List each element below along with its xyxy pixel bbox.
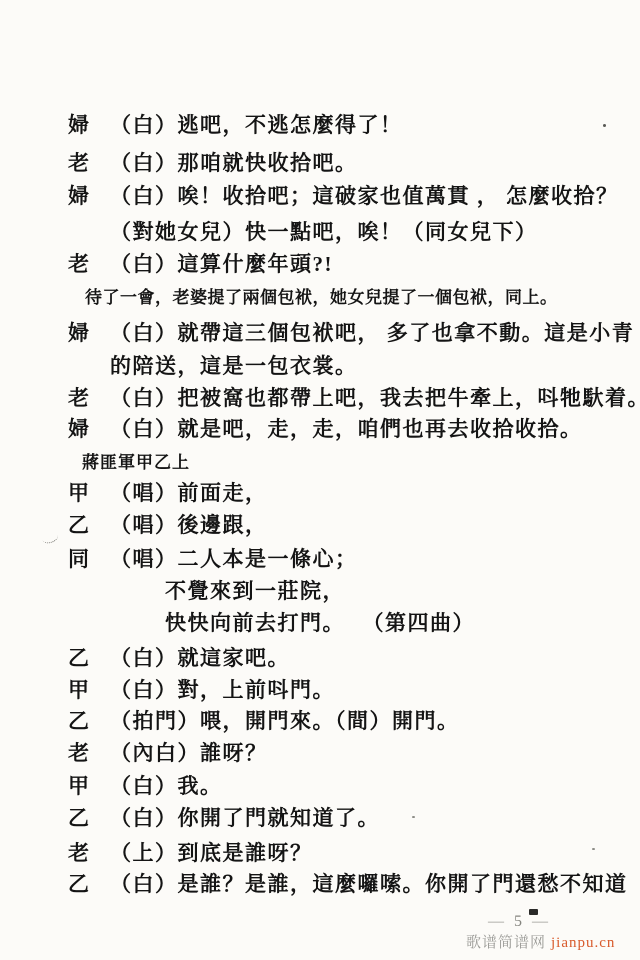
line-text: （唱）後邊跟，	[110, 512, 268, 538]
line-text: （白）那咱就快收拾吧。	[110, 150, 358, 176]
line-text: （白）你開了門就知道了。	[110, 805, 380, 831]
line-text: （白）這算什麼年頭?!	[110, 251, 333, 277]
watermark-site-name: 歌谱简谱网	[466, 935, 546, 951]
line-text: 不覺來到一莊院，	[165, 579, 345, 603]
script-line: 婦 （白）就是吧，走，走，咱們也再去收拾收拾。	[68, 416, 583, 442]
stage-direction: 蔣匪軍甲乙上	[82, 452, 190, 473]
script-line: 婦 （白）逃吧，不逃怎麼得了！	[68, 112, 403, 138]
script-line: 同 （唱）二人本是一條心；	[68, 546, 358, 572]
scanned-script-page: 婦 （白）逃吧，不逃怎麼得了！ 老 （白）那咱就快收拾吧。 婦 （白）唉！收拾吧…	[0, 0, 640, 960]
ink-speck	[592, 848, 595, 850]
speaker-label: 老	[68, 150, 110, 176]
speaker-label: 同	[68, 546, 110, 572]
ink-speck	[412, 816, 415, 818]
script-line: 甲 （白）對，上前呌門。	[68, 677, 335, 703]
line-text: （白）對，上前呌門。	[110, 677, 335, 703]
speaker-label: 老	[68, 840, 110, 866]
script-line: 乙 （唱）後邊跟，	[68, 512, 268, 538]
line-text: （白）就帶這三個包袱吧， 多了也拿不動。這是小青	[110, 320, 634, 346]
speaker-label: 乙	[68, 871, 110, 897]
line-text: （唱）二人本是一條心；	[110, 546, 358, 572]
pen-mark	[41, 530, 60, 545]
speaker-label: 乙	[68, 512, 110, 538]
line-text: （白）唉！收拾吧；這破家也值萬貫 ， 怎麼收拾？	[110, 183, 619, 209]
script-line: 乙 （拍門）喂，開門來。（間）開門。	[68, 708, 460, 734]
line-text: （白）我。	[110, 773, 223, 799]
speaker-label: 乙	[68, 805, 110, 831]
speaker-label: 甲	[68, 773, 110, 799]
script-line: 老 （上）到底是誰呀？	[68, 840, 313, 866]
speaker-label: 婦	[68, 112, 110, 138]
script-line: 婦 （白）就帶這三個包袱吧， 多了也拿不動。這是小青	[68, 320, 634, 346]
ink-speck	[603, 124, 606, 127]
line-text: （白）是誰？是誰，這麼囉嗦。你開了門還愁不知道	[110, 871, 628, 897]
page-number-right-dash: —	[532, 913, 550, 930]
line-text: 的陪送，這是一包衣裳。	[110, 354, 358, 378]
line-text: （內白）誰呀？	[110, 740, 268, 766]
line-text: （白）就是吧，走，走，咱們也再去收拾收拾。	[110, 416, 583, 442]
line-text: （上）到底是誰呀？	[110, 840, 313, 866]
line-text: （唱）前面走，	[110, 480, 268, 506]
script-line: 乙 （白）是誰？是誰，這麼囉嗦。你開了門還愁不知道	[68, 871, 628, 897]
script-line: 乙 （白）就這家吧。	[68, 645, 290, 671]
script-line: 老 （白）這算什麼年頭?!	[68, 251, 333, 277]
tune-number-note: （第四曲）	[373, 611, 475, 635]
script-line: 老 （白）把被窩也都帶上吧，我去把牛牽上，呌牠馱着。	[68, 385, 640, 411]
speaker-label: 甲	[68, 677, 110, 703]
speaker-label: 老	[68, 740, 110, 766]
ink-smudge	[529, 909, 538, 915]
speaker-label: 乙	[68, 645, 110, 671]
stage-direction: 待了一會，老婆提了兩個包袱，她女兒提了一個包袱，同上。	[85, 287, 558, 308]
line-text: （拍門）喂，開門來。（間）開門。	[110, 708, 460, 734]
speaker-label: 甲	[68, 480, 110, 506]
script-line: 甲 （唱）前面走，	[68, 480, 268, 506]
page-number-left-dash: —	[488, 913, 506, 930]
script-line: 老 （白）那咱就快收拾吧。	[68, 150, 358, 176]
script-line: 乙 （白）你開了門就知道了。	[68, 805, 380, 831]
verse-line: 快快向前去打門。（第四曲）	[165, 610, 475, 636]
watermark: 歌谱简谱网jianpu.cn	[466, 931, 615, 952]
speaker-label: 婦	[68, 183, 110, 209]
speaker-label: 老	[68, 251, 110, 277]
verse-line: 不覺來到一莊院，	[165, 578, 345, 604]
watermark-site-url: jianpu.cn	[551, 935, 615, 951]
speaker-label: 婦	[68, 320, 110, 346]
stage-direction-text: 待了一會，老婆提了兩個包袱，她女兒提了一個包袱，同上。	[85, 288, 558, 307]
stage-direction-text: 蔣匪軍甲乙上	[82, 453, 190, 472]
script-line-continuation: （對她女兒）快一點吧，唉！（同女兒下）	[110, 219, 538, 245]
speaker-label: 婦	[68, 416, 110, 442]
line-text: （白）就這家吧。	[110, 645, 290, 671]
speaker-label: 乙	[68, 708, 110, 734]
script-line: 婦 （白）唉！收拾吧；這破家也值萬貫 ， 怎麼收拾？	[68, 183, 619, 209]
script-line: 甲 （白）我。	[68, 773, 223, 799]
page-number-value: 5	[506, 913, 532, 930]
script-line-continuation: 的陪送，這是一包衣裳。	[110, 353, 358, 379]
script-line: 老 （內白）誰呀？	[68, 740, 268, 766]
line-text: 快快向前去打門。	[165, 611, 345, 635]
line-text: （對她女兒）快一點吧，唉！（同女兒下）	[110, 220, 538, 244]
line-text: （白）逃吧，不逃怎麼得了！	[110, 112, 403, 138]
page-number: —5—	[488, 913, 550, 931]
speaker-label: 老	[68, 385, 110, 411]
line-text: （白）把被窩也都帶上吧，我去把牛牽上，呌牠馱着。	[110, 385, 640, 411]
